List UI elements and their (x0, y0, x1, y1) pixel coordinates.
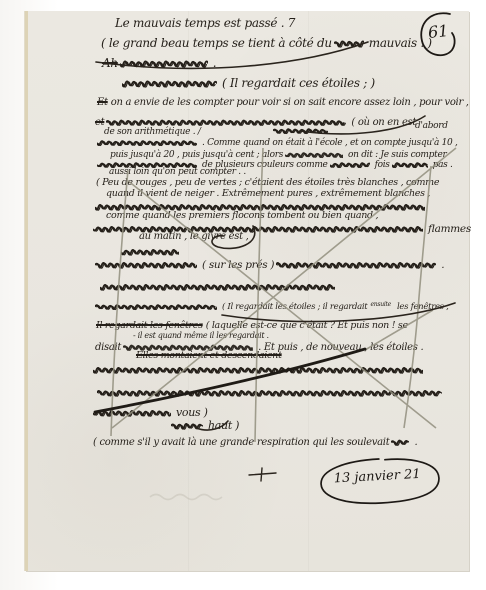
scribble-mark (100, 280, 335, 292)
scribble-mark (330, 159, 370, 169)
handwritten-text: ( Il regardait les étoiles ; il regardai… (222, 302, 367, 313)
handwritten-text: ( où on en est (351, 117, 416, 130)
manuscript-line: Ah. (102, 54, 216, 71)
manuscript-line: Le mauvais temps est passé . 7 (115, 16, 295, 31)
handwritten-text: au matin , le givre est , (139, 231, 249, 244)
handwritten-text: haut ) (208, 419, 239, 433)
manuscript-line: ( comme s'il y avait là une grande respi… (93, 434, 417, 450)
handwritten-text: disait (95, 342, 121, 355)
scribble-mark (122, 76, 217, 89)
manuscript-line (95, 384, 444, 400)
handwritten-text: ( Il regardait ces étoiles ; ) (222, 76, 375, 91)
handwritten-text: d'abord (415, 121, 448, 132)
handwritten-text: pas . (433, 160, 453, 171)
handwritten-text: . (213, 56, 217, 71)
scribble-mark (97, 137, 197, 147)
handwritten-text: Le mauvais temps est passé . 7 (115, 16, 295, 31)
handwritten-text: on a envie de les compter pour voir si o… (111, 97, 469, 110)
manuscript-line (98, 278, 337, 294)
handwritten-text: . Et puis , de nouveau , les étoiles . (258, 342, 423, 355)
scribble-mark (273, 125, 328, 135)
scribble-mark (276, 258, 436, 270)
handwritten-text: fois (375, 160, 390, 171)
scribble-mark (392, 159, 428, 169)
scribble-mark (120, 56, 208, 69)
page-number: 61 (409, 10, 465, 66)
manuscript-line: ( Il regardait ces étoiles ; ) (120, 74, 375, 91)
manuscript-line: haut ) (169, 417, 239, 433)
scribble-mark (95, 301, 217, 311)
handwritten-text: Et (97, 97, 108, 110)
manuscript-photo: Le mauvais temps est passé . 7( le grand… (0, 0, 486, 590)
handwritten-text: Ah (102, 56, 118, 71)
handwritten-text: ( le grand beau temps se tient à côté du (101, 36, 332, 51)
manuscript-line: au matin , le givre est , (139, 231, 249, 244)
manuscript-line: ( Il regardait les étoiles ; il regardai… (93, 299, 449, 313)
manuscript-line: ( sur les prés ). (93, 256, 444, 272)
scribble-mark (95, 258, 197, 270)
handwritten-text: . (441, 259, 444, 272)
manuscript-line (91, 361, 425, 377)
scribble-mark (391, 436, 409, 447)
handwritten-text: flammes (428, 223, 471, 236)
manuscript-line: Eton a envie de les compter pour voir si… (97, 97, 469, 110)
manuscript-line: d'abord (415, 121, 448, 132)
handwritten-text: . (414, 437, 417, 450)
scribble-mark (93, 363, 423, 375)
handwritten-text: les fenêtres , (397, 302, 449, 313)
handwritten-text: ensuite (370, 301, 391, 309)
scribble-mark (171, 419, 203, 431)
scribble-mark (93, 406, 171, 418)
date-stamp: 13 janvier 21 (315, 453, 445, 510)
handwritten-text: et (95, 117, 104, 130)
manuscript-line: ( le grand beau temps se tient à côté du… (101, 34, 432, 51)
page-number-value: 61 (427, 21, 449, 42)
handwritten-text: ( comme s'il y avait là une grande respi… (93, 437, 389, 450)
scribble-mark (97, 386, 442, 398)
scribble-mark (334, 36, 364, 49)
handwritten-text: ( sur les prés ) (202, 259, 274, 272)
